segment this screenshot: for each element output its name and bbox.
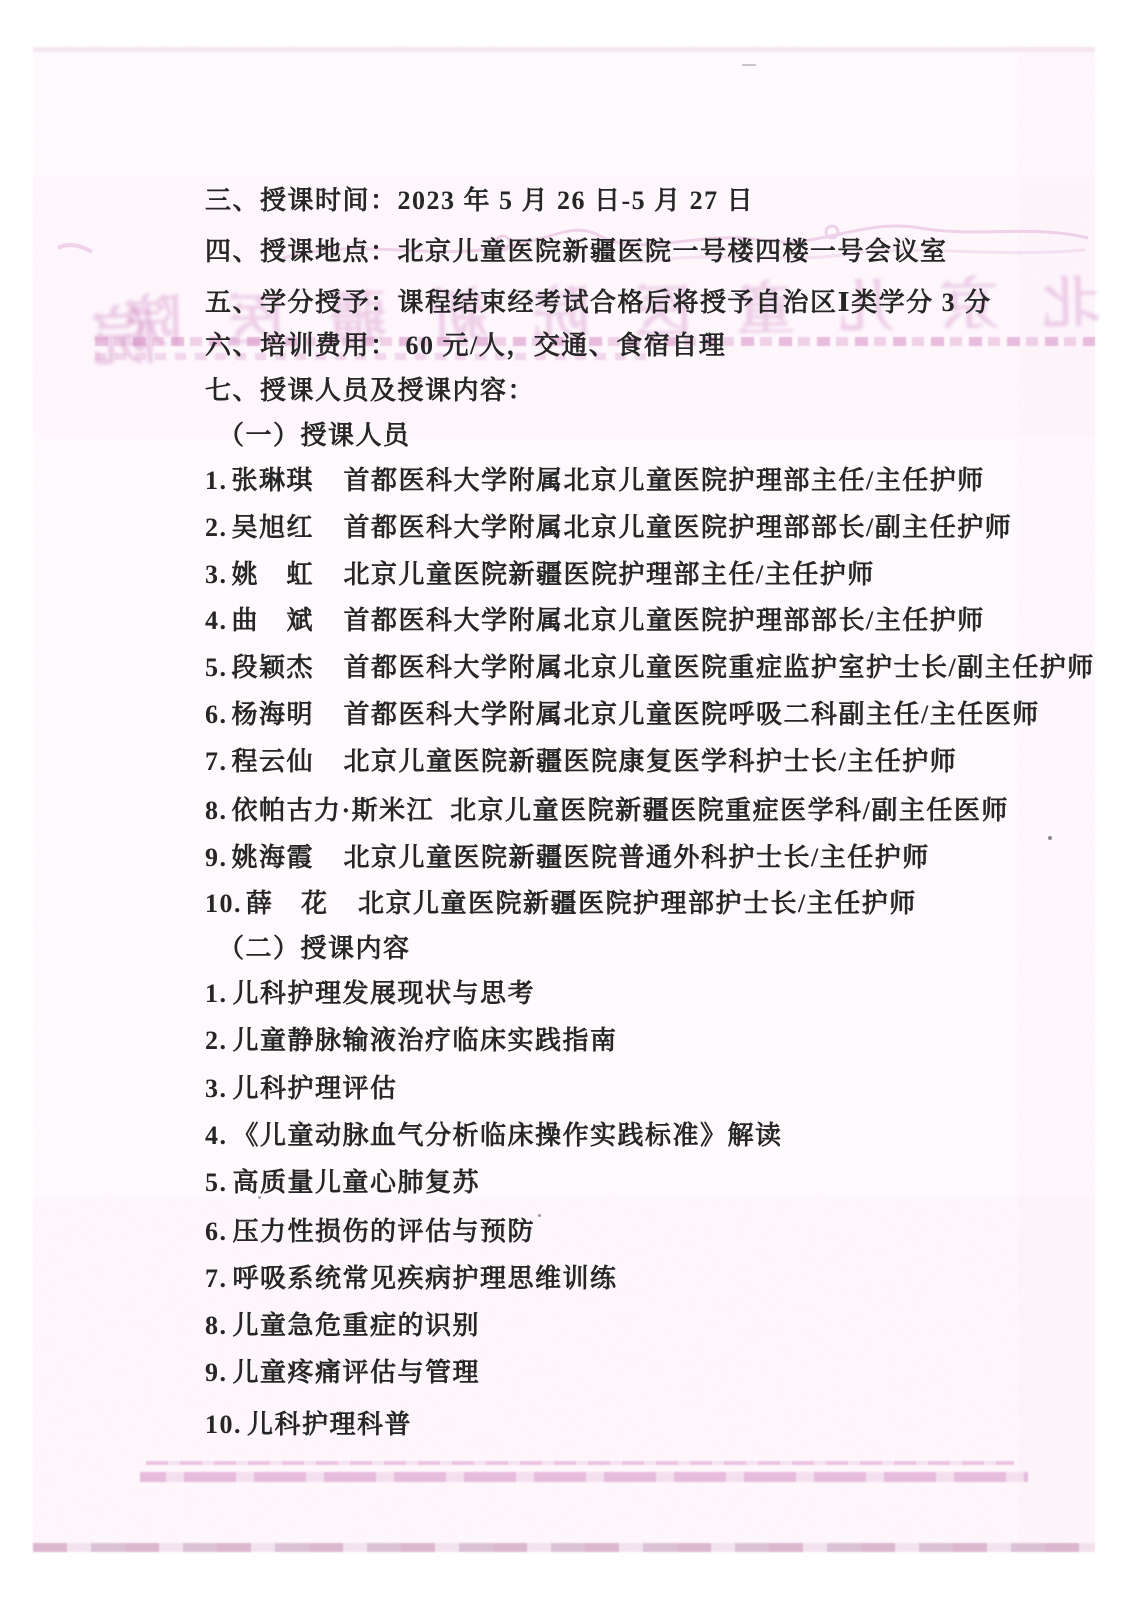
faculty-title: 北京儿童医院新疆医院康复医学科护士长/主任护师 bbox=[344, 747, 958, 776]
faculty-name: 张琳琪 bbox=[232, 466, 344, 496]
content-number: 7. bbox=[205, 1264, 228, 1294]
content-text: 压力性损伤的评估与预防 bbox=[233, 1217, 536, 1246]
faculty-number: 9. bbox=[205, 843, 228, 873]
faculty-name: 曲 斌 bbox=[232, 606, 344, 636]
faculty-row: 3.姚 虹北京儿童医院新疆医院护理部主任/主任护师 bbox=[205, 560, 875, 590]
content-item: 3.儿科护理评估 bbox=[205, 1074, 398, 1104]
faculty-name: 杨海明 bbox=[232, 700, 344, 730]
content-item: 8.儿童急危重症的识别 bbox=[205, 1311, 480, 1341]
faculty-title: 北京儿童医院新疆医院普通外科护士长/主任护师 bbox=[344, 843, 930, 872]
faculty-name: 吴旭红 bbox=[232, 513, 344, 543]
faculty-row: 5.段颖杰首都医科大学附属北京儿童医院重症监护室护士长/副主任护师 bbox=[205, 653, 1095, 683]
faculty-number: 2. bbox=[205, 513, 228, 543]
faculty-title: 首都医科大学附属北京儿童医院呼吸二科副主任/主任医师 bbox=[344, 700, 1040, 729]
faculty-row: 9.姚海霞北京儿童医院新疆医院普通外科护士长/主任护师 bbox=[205, 843, 930, 873]
faculty-title: 北京儿童医院新疆医院护理部主任/主任护师 bbox=[344, 560, 875, 589]
faculty-row: 1.张琳琪首都医科大学附属北京儿童医院护理部主任/主任护师 bbox=[205, 466, 985, 496]
content-text: 儿童疼痛评估与管理 bbox=[233, 1358, 481, 1387]
faculty-number: 1. bbox=[205, 466, 228, 496]
faculty-title: 首都医科大学附属北京儿童医院护理部部长/副主任护师 bbox=[344, 513, 1013, 542]
content-number: 2. bbox=[205, 1026, 228, 1056]
content-item: 9.儿童疼痛评估与管理 bbox=[205, 1358, 480, 1388]
faculty-number: 5. bbox=[205, 653, 228, 683]
content-number: 10. bbox=[205, 1410, 242, 1440]
faculty-row: 7.程云仙北京儿童医院新疆医院康复医学科护士长/主任护师 bbox=[205, 747, 957, 777]
content-item: 10.儿科护理科普 bbox=[205, 1410, 412, 1440]
content-item: 7.呼吸系统常见疾病护理思维训练 bbox=[205, 1264, 618, 1294]
content-number: 5. bbox=[205, 1168, 228, 1198]
faculty-number: 4. bbox=[205, 606, 228, 636]
faculty-section-heading: （一）授课人员 bbox=[218, 421, 411, 451]
faculty-row: 10.薛 花北京儿童医院新疆医院护理部护士长/主任护师 bbox=[205, 889, 917, 919]
content-text: 《儿童动脉血气分析临床操作实践标准》解读 bbox=[233, 1121, 783, 1150]
faculty-row: 2.吴旭红首都医科大学附属北京儿童医院护理部部长/副主任护师 bbox=[205, 513, 1012, 543]
content-section-heading: （二）授课内容 bbox=[218, 934, 411, 964]
content-text: 儿童静脉输液治疗临床实践指南 bbox=[233, 1026, 618, 1055]
faculty-number: 3. bbox=[205, 560, 228, 590]
faculty-name: 依帕古力·斯米江 bbox=[232, 796, 435, 826]
faculty-name: 薛 花 bbox=[246, 889, 358, 919]
content-text: 高质量儿童心肺复苏 bbox=[233, 1168, 481, 1197]
content-number: 1. bbox=[205, 979, 228, 1009]
content-item: 2.儿童静脉输液治疗临床实践指南 bbox=[205, 1026, 618, 1056]
content-item: 5.高质量儿童心肺复苏 bbox=[205, 1168, 480, 1198]
content-number: 6. bbox=[205, 1217, 228, 1247]
faculty-name: 姚 虹 bbox=[232, 560, 344, 590]
line-credit-award: 五、学分授予：课程结束经考试合格后将授予自治区Ⅰ类学分 3 分 bbox=[205, 288, 992, 318]
faculty-title: 首都医科大学附属北京儿童医院重症监护室护士长/副主任护师 bbox=[344, 653, 1095, 682]
faculty-row: 6.杨海明首都医科大学附属北京儿童医院呼吸二科副主任/主任医师 bbox=[205, 700, 1040, 730]
faculty-number: 7. bbox=[205, 747, 228, 777]
faculty-title: 首都医科大学附属北京儿童医院护理部主任/主任护师 bbox=[344, 466, 985, 495]
faculty-name: 姚海霞 bbox=[232, 843, 344, 873]
content-number: 9. bbox=[205, 1358, 228, 1388]
faculty-title: 北京儿童医院新疆医院重症医学科/副主任医师 bbox=[450, 796, 1009, 825]
line-lecture-time: 三、授课时间：2023 年 5 月 26 日-5 月 27 日 bbox=[205, 186, 754, 216]
content-text: 儿科护理发展现状与思考 bbox=[233, 979, 536, 1008]
content-number: 8. bbox=[205, 1311, 228, 1341]
faculty-row: 8.依帕古力·斯米江北京儿童医院新疆医院重症医学科/副主任医师 bbox=[205, 796, 1009, 826]
faculty-number: 10. bbox=[205, 889, 242, 919]
content-number: 4. bbox=[205, 1121, 228, 1151]
content-item: 6.压力性损伤的评估与预防 bbox=[205, 1217, 535, 1247]
faculty-number: 8. bbox=[205, 796, 228, 826]
line-section-seven: 七、授课人员及授课内容： bbox=[205, 376, 535, 406]
content-text: 儿童急危重症的识别 bbox=[233, 1311, 481, 1340]
faculty-number: 6. bbox=[205, 700, 228, 730]
content-item: 1.儿科护理发展现状与思考 bbox=[205, 979, 535, 1009]
faculty-name: 程云仙 bbox=[232, 747, 344, 777]
faculty-title: 首都医科大学附属北京儿童医院护理部部长/主任护师 bbox=[344, 606, 985, 635]
line-lecture-place: 四、授课地点：北京儿童医院新疆医院一号楼四楼一号会议室 bbox=[205, 237, 948, 267]
scanned-document-page: 北京儿童医院新疆医院 院 三、授课时间：2023 年 5 月 26 日-5 月 … bbox=[0, 0, 1130, 1600]
content-number: 3. bbox=[205, 1074, 228, 1104]
content-text: 呼吸系统常见疾病护理思维训练 bbox=[233, 1264, 618, 1293]
faculty-title: 北京儿童医院新疆医院护理部护士长/主任护师 bbox=[358, 889, 917, 918]
content-text: 儿科护理科普 bbox=[247, 1410, 412, 1439]
faculty-name: 段颖杰 bbox=[232, 653, 344, 683]
faculty-row: 4.曲 斌首都医科大学附属北京儿童医院护理部部长/主任护师 bbox=[205, 606, 985, 636]
content-text: 儿科护理评估 bbox=[233, 1074, 398, 1103]
content-item: 4.《儿童动脉血气分析临床操作实践标准》解读 bbox=[205, 1121, 783, 1151]
line-training-fee: 六、培训费用： 60 元/人，交通、食宿自理 bbox=[205, 331, 726, 361]
